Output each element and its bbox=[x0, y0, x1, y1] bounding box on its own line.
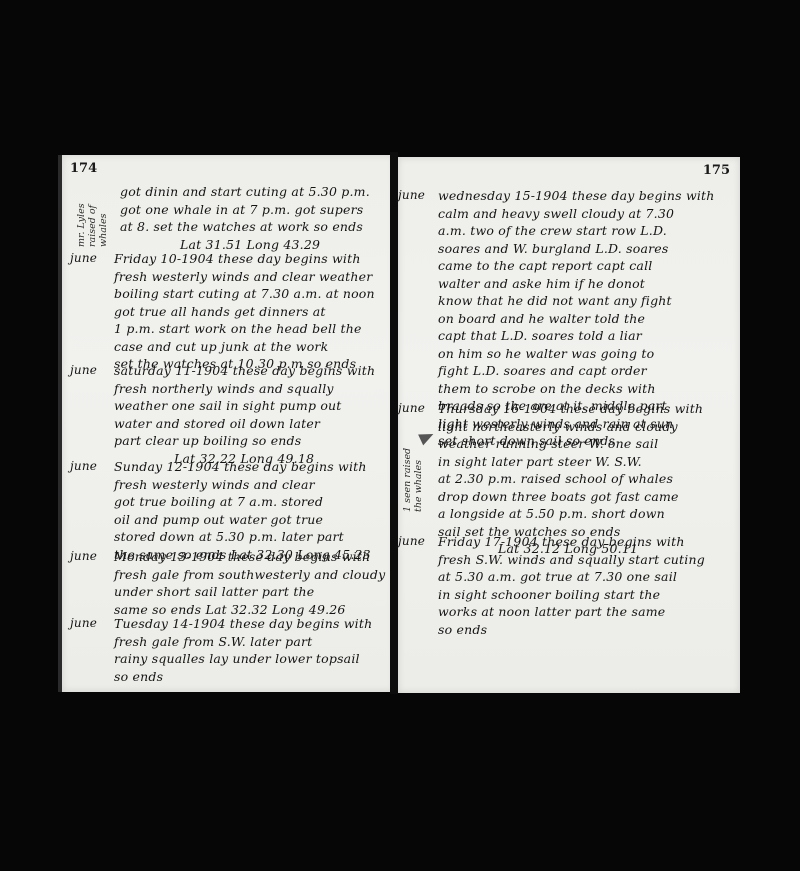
entry-line: 1 p.m. start work on the head bell the bbox=[114, 320, 375, 338]
entry-line: Sunday 12-1904 these day begins with bbox=[114, 458, 371, 476]
entry-line: got true boiling at 7 a.m. stored bbox=[114, 493, 371, 511]
entry-line: light northeasterly winds and cloudy bbox=[438, 418, 703, 436]
entry-line: got true all hands get dinners at bbox=[114, 303, 375, 321]
entry-line: on him so he walter was going to bbox=[438, 345, 715, 363]
entry-month: june bbox=[398, 400, 425, 418]
right-margin-note: 1 seen raised the whales bbox=[402, 448, 424, 512]
entry-line: Tuesday 14-1904 these day begins with bbox=[114, 615, 372, 633]
entry-line: capt that L.D. soares told a liar bbox=[438, 327, 715, 345]
book-gutter bbox=[390, 152, 398, 694]
entry-line: calm and heavy swell cloudy at 7.30 bbox=[438, 205, 715, 223]
margin-note-line: raised of bbox=[87, 203, 98, 247]
entry-line: on board and he walter told the bbox=[438, 310, 715, 328]
entry-line: oil and pump out water got true bbox=[114, 511, 371, 529]
log-entry: june Monday 13-1904 these day begins wit… bbox=[114, 548, 385, 618]
log-entry: june Tuesday 14-1904 these day begins wi… bbox=[114, 615, 372, 685]
entry-line: so ends bbox=[114, 668, 372, 686]
entry-line: Friday 17-1904 these day begins with bbox=[438, 533, 705, 551]
entry-line: know that he did not want any fight bbox=[438, 292, 715, 310]
entry-line: Thursday 16-1904 these day begins with bbox=[438, 400, 703, 418]
entry-line: got dinin and start cuting at 5.30 p.m. bbox=[120, 183, 370, 201]
entry-line: got one whale in at 7 p.m. got supers bbox=[120, 201, 370, 219]
entry-line: fresh gale from S.W. later part bbox=[114, 633, 372, 651]
entry-line: fresh S.W. winds and squally start cutin… bbox=[438, 551, 705, 569]
entry-line: came to the capt report capt call bbox=[438, 257, 715, 275]
entry-line: fresh gale from southwesterly and cloudy bbox=[114, 566, 385, 584]
entry-line: at 5.30 a.m. got true at 7.30 one sail bbox=[438, 568, 705, 586]
log-entry: june saturday 11-1904 these day begins w… bbox=[114, 362, 375, 467]
entry-month: june bbox=[398, 533, 425, 551]
entry-month: june bbox=[398, 187, 425, 205]
entry-month: june bbox=[70, 615, 97, 633]
entry-line: Friday 10-1904 these day begins with bbox=[114, 250, 375, 268]
entry-month: june bbox=[70, 362, 97, 380]
entry-line: fresh westerly winds and clear bbox=[114, 476, 371, 494]
entry-line: them to scrobe on the decks with bbox=[438, 380, 715, 398]
entry-line: works at noon latter part the same bbox=[438, 603, 705, 621]
entry-month: june bbox=[70, 548, 97, 566]
entry-line: under short sail latter part the bbox=[114, 583, 385, 601]
entry-line: rainy squalles lay under lower topsail bbox=[114, 650, 372, 668]
entry-line: Monday 13-1904 these day begins with bbox=[114, 548, 385, 566]
entry-line: water and stored oil down later bbox=[114, 415, 375, 433]
page-number-left: 174 bbox=[70, 161, 97, 176]
entry-line: part clear up boiling so ends bbox=[114, 432, 375, 450]
margin-note-line: whales bbox=[98, 203, 109, 247]
entry-line: wednesday 15-1904 these day begins with bbox=[438, 187, 715, 205]
entry-line: fresh westerly winds and clear weather bbox=[114, 268, 375, 286]
entry-line: fresh northerly winds and squally bbox=[114, 380, 375, 398]
logbook-scan: 174 mr. Lyles raised of whales got dinin… bbox=[0, 0, 800, 871]
entry-line: walter and aske him if he donot bbox=[438, 275, 715, 293]
entry-line: fight L.D. soares and capt order bbox=[438, 362, 715, 380]
margin-note-line: 1 seen raised bbox=[402, 448, 413, 512]
entry-line: weather one sail in sight pump out bbox=[114, 397, 375, 415]
right-page: 175 1 seen raised the whales june wednes… bbox=[398, 157, 740, 693]
log-entry: june Friday 17-1904 these day begins wit… bbox=[438, 533, 705, 638]
entry-line: at 8. set the watches at work so ends bbox=[120, 218, 370, 236]
entry-month: june bbox=[70, 458, 97, 476]
margin-note-line: mr. Lyles bbox=[76, 203, 87, 247]
left-margin-note: mr. Lyles raised of whales bbox=[76, 203, 109, 247]
entry-line: a.m. two of the crew start row L.D. bbox=[438, 222, 715, 240]
entry-line: saturday 11-1904 these day begins with bbox=[114, 362, 375, 380]
entry-line: so ends bbox=[438, 621, 705, 639]
entry-line: boiling start cuting at 7.30 a.m. at noo… bbox=[114, 285, 375, 303]
log-entry: june Friday 10-1904 these day begins wit… bbox=[114, 250, 375, 373]
whale-flag-icon bbox=[418, 429, 436, 446]
log-entry: got dinin and start cuting at 5.30 p.m. … bbox=[120, 183, 370, 253]
entry-line: in sight later part steer W. S.W. bbox=[438, 453, 703, 471]
entry-line: soares and W. burgland L.D. soares bbox=[438, 240, 715, 258]
entry-line: at 2.30 p.m. raised school of whales bbox=[438, 470, 703, 488]
entry-line: case and cut up junk at the work bbox=[114, 338, 375, 356]
margin-note-line: the whales bbox=[413, 448, 424, 512]
entry-line: a longside at 5.50 p.m. short down bbox=[438, 505, 703, 523]
entry-line: stored down at 5.30 p.m. later part bbox=[114, 528, 371, 546]
left-page: 174 mr. Lyles raised of whales got dinin… bbox=[58, 155, 394, 692]
entry-month: june bbox=[70, 250, 97, 268]
entry-line: drop down three boats got fast came bbox=[438, 488, 703, 506]
entry-line: in sight schooner boiling start the bbox=[438, 586, 705, 604]
entry-line: weather running steer W. one sail bbox=[438, 435, 703, 453]
page-number-right: 175 bbox=[703, 163, 730, 178]
